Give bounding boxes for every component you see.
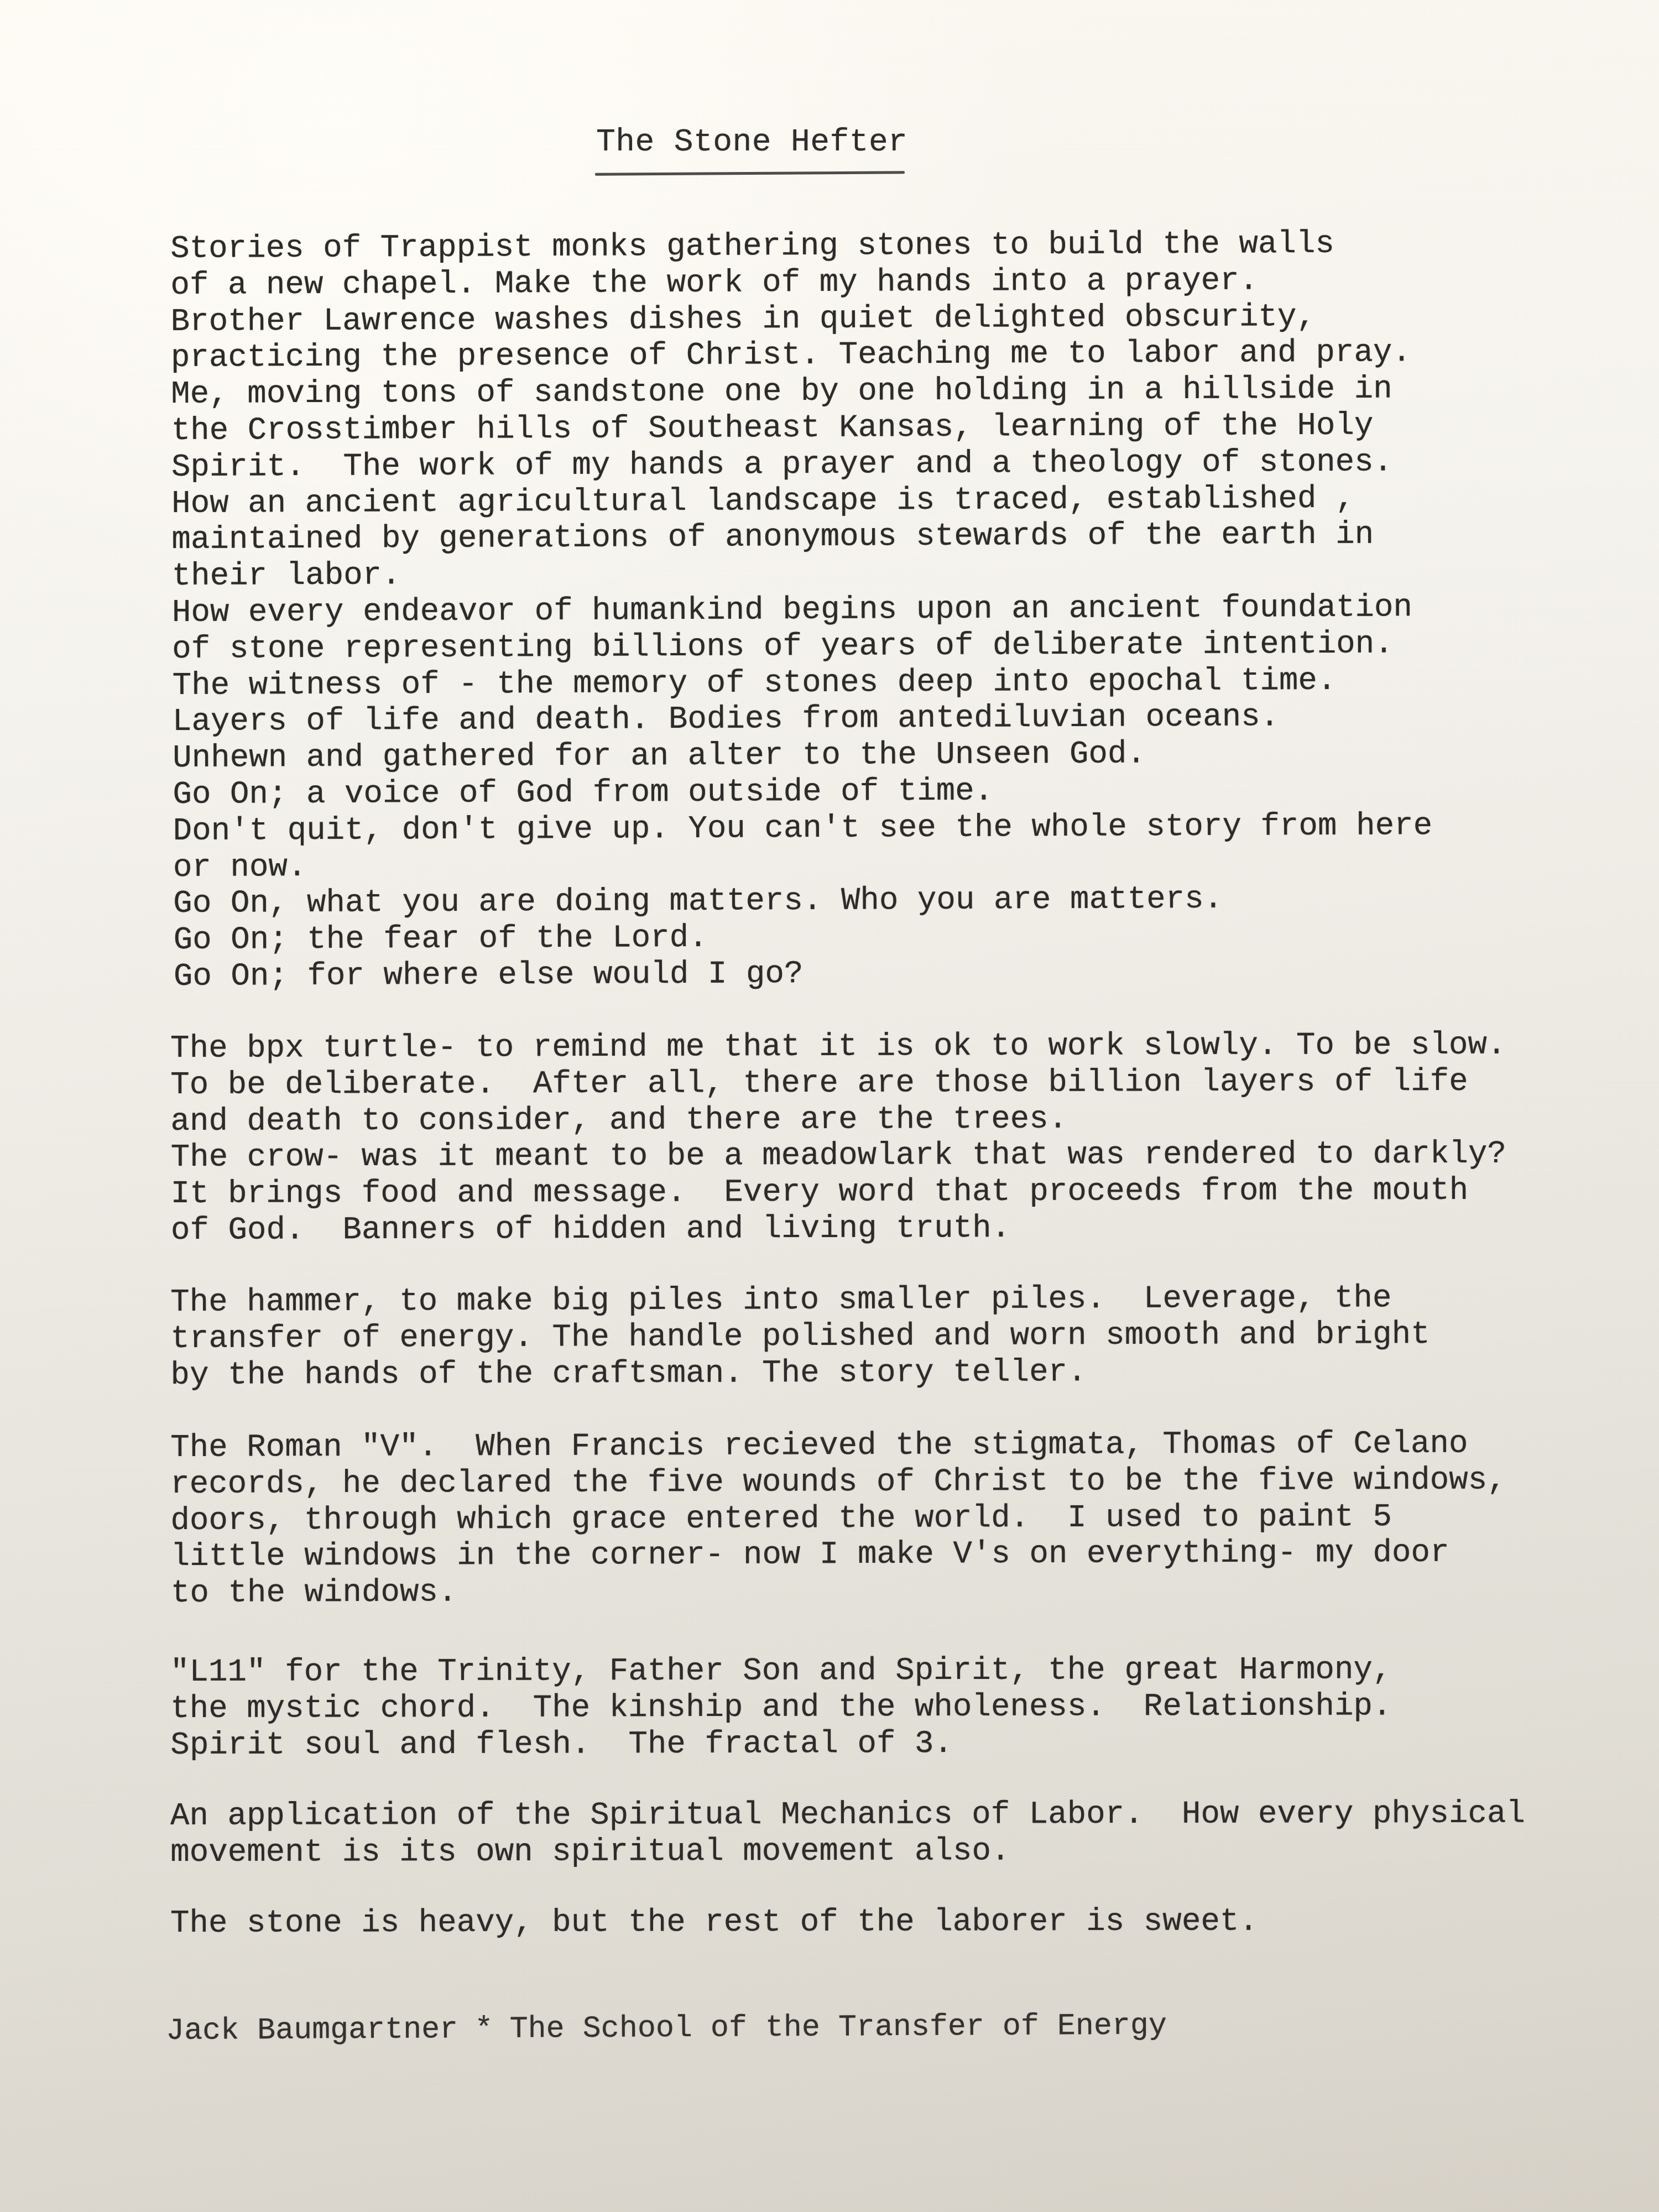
text-line: How every endeavor of humankind begins u…	[172, 589, 1432, 632]
text-line: by the hands of the craftsman. The story…	[170, 1353, 1430, 1394]
text-line: Go On; a voice of God from outside of ti…	[173, 771, 1432, 813]
text-line: the Crosstimber hills of Southeast Kansa…	[171, 408, 1431, 450]
paragraph-hammer: The hammer, to make big piles into small…	[170, 1280, 1430, 1394]
text-line: An application of the Spiritual Mechanic…	[170, 1796, 1525, 1835]
text-line: of stone representing billions of years …	[172, 626, 1432, 668]
text-line: The crow- was it meant to be a meadowlar…	[171, 1136, 1507, 1176]
paragraph-roman-v: The Roman "V". When Francis recieved the…	[170, 1426, 1506, 1612]
text-line: The stone is heavy, but the rest of the …	[170, 1904, 1258, 1942]
text-line: little windows in the corner- now I make…	[171, 1535, 1507, 1575]
text-line: The Roman "V". When Francis recieved the…	[170, 1426, 1506, 1466]
text-line: of God. Banners of hidden and living tru…	[171, 1209, 1507, 1249]
text-line: Don't quit, don't give up. You can't see…	[173, 808, 1433, 850]
text-line: to the windows.	[171, 1572, 1507, 1612]
text-line: Spirit. The work of my hands a prayer an…	[171, 444, 1431, 486]
asterisk-separator: *	[458, 2011, 510, 2048]
author-name: Jack Baumgartner	[166, 2012, 458, 2048]
text-line: their labor.	[172, 553, 1432, 595]
text-line: and death to consider, and there are the…	[170, 1100, 1506, 1140]
text-line: Layers of life and death. Bodies from an…	[173, 698, 1432, 740]
text-line: The hammer, to make big piles into small…	[170, 1280, 1430, 1321]
text-line: It brings food and message. Every word t…	[171, 1173, 1507, 1213]
paragraph-spiritual-mechanics: An application of the Spiritual Mechanic…	[170, 1796, 1525, 1871]
typewritten-page: The Stone Hefter Stories of Trappist mon…	[0, 0, 1659, 2212]
text-line: Go On; for where else would I go?	[174, 953, 1433, 995]
text-line: movement is its own spiritual movement a…	[170, 1833, 1525, 1871]
text-line: doors, through which grace entered the w…	[170, 1499, 1506, 1539]
text-line: The bpx turtle- to remind me that it is …	[170, 1027, 1506, 1067]
text-line: transfer of energy. The handle polished …	[170, 1317, 1430, 1358]
text-line: or now.	[173, 844, 1433, 886]
text-line: Me, moving tons of sandstone one by one …	[171, 371, 1431, 413]
text-line: The witness of - the memory of stones de…	[172, 662, 1432, 705]
text-line: maintained by generations of anonymous s…	[171, 517, 1431, 559]
paragraph-stones: Stories of Trappist monks gathering ston…	[170, 226, 1433, 995]
text-line: the mystic chord. The kinship and the wh…	[170, 1688, 1391, 1727]
paragraph-trinity: "L11" for the Trinity, Father Son and Sp…	[170, 1652, 1392, 1764]
text-line: Unhewn and gathered for an alter to the …	[173, 735, 1432, 777]
text-line: To be deliberate. After all, there are t…	[170, 1063, 1506, 1103]
paragraph-turtle-crow: The bpx turtle- to remind me that it is …	[170, 1027, 1506, 1249]
signature-line: Jack Baumgartner*The School of the Trans…	[166, 2008, 1167, 2049]
text-line: Brother Lawrence washes dishes in quiet …	[171, 299, 1431, 341]
text-line: practicing the presence of Christ. Teach…	[171, 335, 1431, 377]
text-line: of a new chapel. Make the work of my han…	[170, 262, 1430, 304]
paragraph-closing-line: The stone is heavy, but the rest of the …	[170, 1904, 1258, 1942]
title-underline	[595, 171, 905, 175]
text-line: Spirit soul and flesh. The fractal of 3.	[170, 1725, 1391, 1764]
text-line: Stories of Trappist monks gathering ston…	[170, 226, 1430, 268]
text-line: Go On; the fear of the Lord.	[173, 917, 1433, 959]
text-line: Go On, what you are doing matters. Who y…	[173, 880, 1433, 922]
text-line: "L11" for the Trinity, Father Son and Sp…	[170, 1652, 1391, 1691]
page-title: The Stone Hefter	[596, 124, 907, 161]
text-line: How an ancient agricultural landscape is…	[171, 481, 1431, 523]
affiliation: The School of the Transfer of Energy	[510, 2008, 1167, 2047]
text-line: records, he declared the five wounds of …	[170, 1462, 1506, 1503]
